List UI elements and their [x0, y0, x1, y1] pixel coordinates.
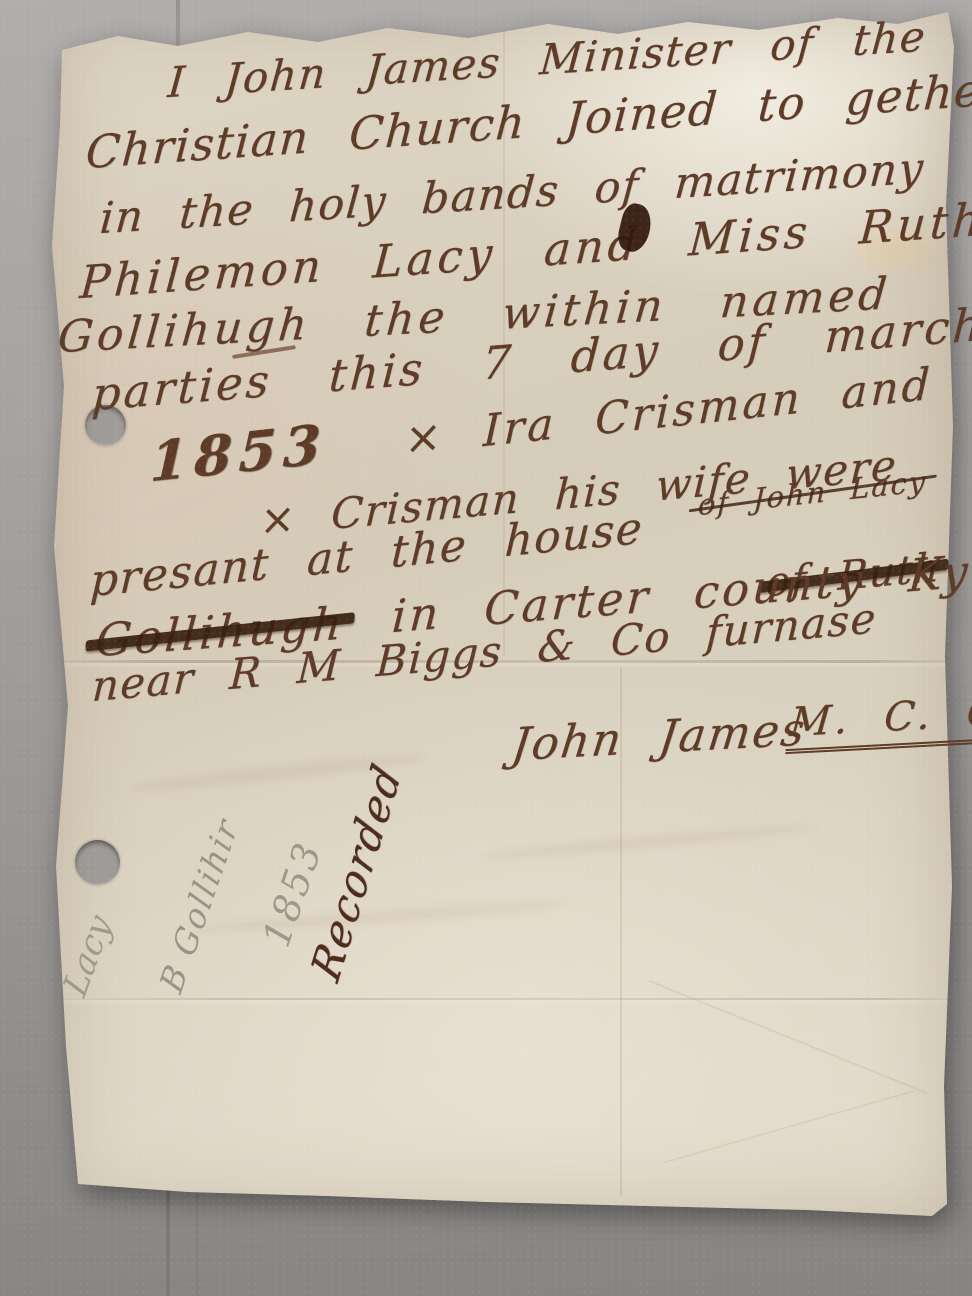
signature-john-james: John James [509, 702, 810, 771]
pencil-name-rotated: B Gollihir [152, 812, 246, 999]
pencil-scrawl-rotated: Lacy [56, 909, 120, 1003]
signature-credential: M. C. C. [786, 688, 972, 747]
handwriting-layer: I John James Minister of the Christian C… [0, 0, 972, 1296]
photograph-of-document: I John James Minister of the Christian C… [0, 0, 972, 1296]
year-1853: 1853 [149, 411, 329, 494]
